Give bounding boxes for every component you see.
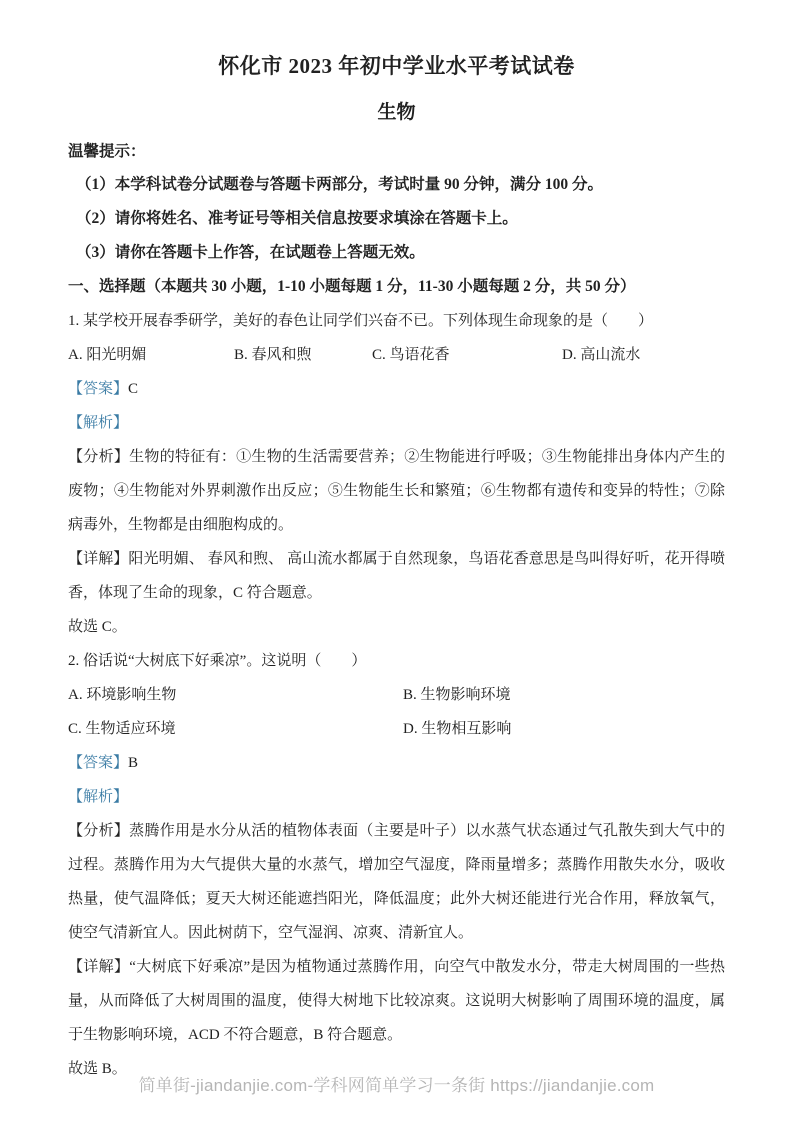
option-b: B. 春风和煦 <box>234 338 312 372</box>
notice-heading: 温馨提示： <box>68 136 725 168</box>
answer-line: 【答案】C <box>68 372 725 406</box>
answer-line: 【答案】B <box>68 746 725 780</box>
options-row: A. 阳光明媚 B. 春风和煦 C. 鸟语花香 D. 高山流水 <box>68 338 725 372</box>
question-text: 1. 某学校开展春季研学，美好的春色让同学们兴奋不已。下列体现生命现象的是（ ） <box>68 304 725 338</box>
option-c: C. 鸟语花香 <box>372 338 450 372</box>
conclusion: 故选 C。 <box>68 610 725 644</box>
notice-item-2: （2）请你将姓名、准考证号等相关信息按要求填涂在答题卡上。 <box>68 202 725 236</box>
option-c: C. 生物适应环境 <box>68 712 176 746</box>
option-a: A. 阳光明媚 <box>68 338 146 372</box>
detail-paragraph: 【详解】“大树底下好乘凉”是因为植物通过蒸腾作用，向空气中散发水分，带走大树周围… <box>68 950 725 1052</box>
question-block-1: 1. 某学校开展春季研学，美好的春色让同学们兴奋不已。下列体现生命现象的是（ ）… <box>68 304 725 644</box>
option-d: D. 高山流水 <box>562 338 640 372</box>
options-row: A. 环境影响生物 B. 生物影响环境 <box>68 678 725 712</box>
answer-value: C <box>128 381 138 397</box>
question-block-2: 2. 俗话说“大树底下好乘凉”。这说明（ ） A. 环境影响生物 B. 生物影响… <box>68 644 725 1086</box>
notice-item-1: （1）本学科试卷分试题卷与答题卡两部分，考试时量 90 分钟，满分 100 分。 <box>68 168 725 202</box>
page-title: 怀化市 2023 年初中学业水平考试试卷 <box>68 52 725 80</box>
option-d: D. 生物相互影响 <box>403 712 511 746</box>
analysis-line: 【解析】 <box>68 406 725 440</box>
analysis-paragraph: 【分析】生物的特征有：①生物的生活需要营养；②生物能进行呼吸；③生物能排出身体内… <box>68 440 725 542</box>
section-heading: 一、选择题（本题共 30 小题，1-10 小题每题 1 分，11-30 小题每题… <box>68 270 725 304</box>
analysis-label: 【解析】 <box>68 789 128 805</box>
options-row: C. 生物适应环境 D. 生物相互影响 <box>68 712 725 746</box>
answer-value: B <box>128 755 138 771</box>
option-a: A. 环境影响生物 <box>68 678 176 712</box>
option-b: B. 生物影响环境 <box>403 678 511 712</box>
analysis-line: 【解析】 <box>68 780 725 814</box>
subject-title: 生物 <box>68 100 725 126</box>
detail-paragraph: 【详解】阳光明媚、 春风和煦、 高山流水都属于自然现象，鸟语花香意思是鸟叫得好听… <box>68 542 725 610</box>
footer-watermark: 简单街-jiandanjie.com-学科网简单学习一条街 https://ji… <box>0 1071 793 1096</box>
exam-paper-page: 怀化市 2023 年初中学业水平考试试卷 生物 温馨提示： （1）本学科试卷分试… <box>0 0 793 1122</box>
answer-label: 【答案】 <box>68 755 128 771</box>
answer-label: 【答案】 <box>68 381 128 397</box>
analysis-label: 【解析】 <box>68 415 128 431</box>
analysis-paragraph: 【分析】蒸腾作用是水分从活的植物体表面（主要是叶子）以水蒸气状态通过气孔散失到大… <box>68 814 725 950</box>
question-text: 2. 俗话说“大树底下好乘凉”。这说明（ ） <box>68 644 725 678</box>
notice-item-3: （3）请你在答题卡上作答，在试题卷上答题无效。 <box>68 236 725 270</box>
